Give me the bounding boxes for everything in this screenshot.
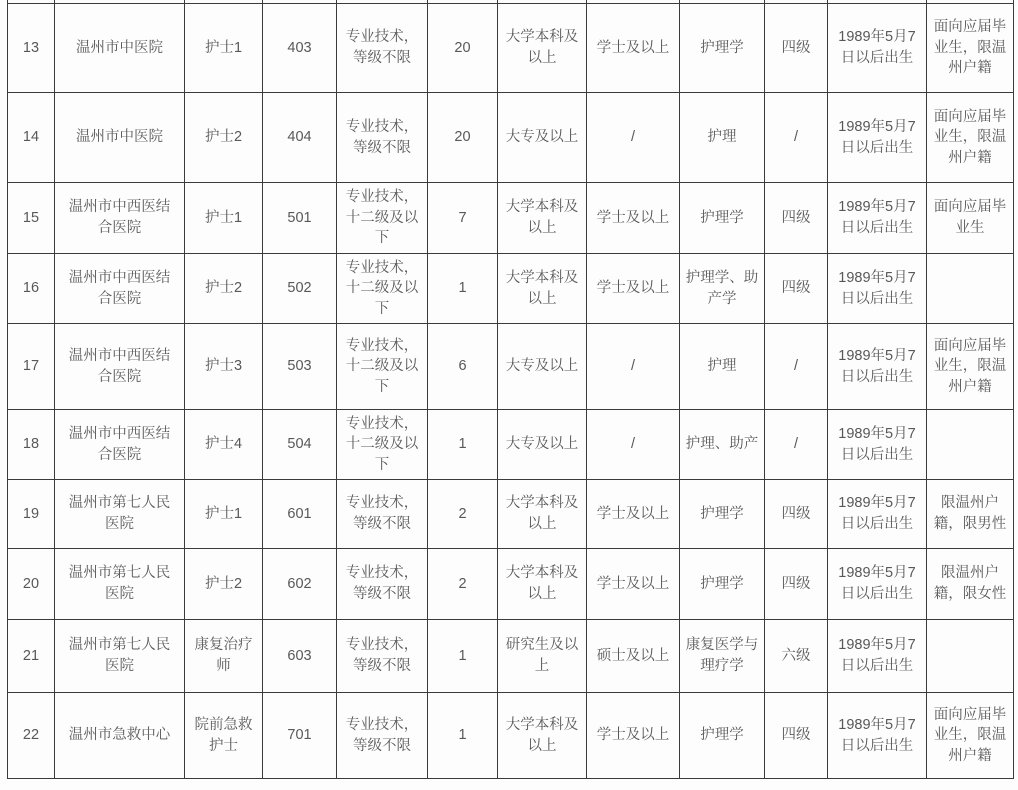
cell-education: 大学本科及以上: [498, 183, 587, 254]
cell-count: 20: [428, 93, 498, 183]
cell-count: 7: [428, 183, 498, 254]
cell-code: 701: [263, 693, 337, 779]
cell-level: /: [765, 93, 828, 183]
cell-position: 护士2: [185, 93, 263, 183]
cell-hospital: 温州市急救中心: [55, 693, 185, 779]
cell-index: 13: [8, 4, 55, 93]
cell-remark: 限温州户籍，限男性: [927, 480, 1014, 549]
cell-major: 护理学: [680, 183, 765, 254]
cell-position: 护士1: [185, 183, 263, 254]
cell-position: 院前急救护士: [185, 693, 263, 779]
cell-type: 专业技术，等级不限: [337, 93, 428, 183]
cell-count: 20: [428, 4, 498, 93]
cell-education: 大学本科及以上: [498, 4, 587, 93]
cell-major: 护理学: [680, 4, 765, 93]
cell-index: 17: [8, 324, 55, 410]
cell-hospital: 温州市中西医结合医院: [55, 183, 185, 254]
cell-level: 四级: [765, 4, 828, 93]
cell-index: 15: [8, 183, 55, 254]
cell-code: 603: [263, 620, 337, 693]
table-row: 13 温州市中医院 护士1 403 专业技术，等级不限 20 大学本科及以上 学…: [8, 4, 1014, 93]
cell-remark: 面向应届毕业生，限温州户籍: [927, 93, 1014, 183]
cell-hospital: 温州市第七人民医院: [55, 480, 185, 549]
cell-position: 护士4: [185, 410, 263, 480]
cell-index: 18: [8, 410, 55, 480]
cell-birth: 1989年5月7日以后出生: [828, 183, 927, 254]
table-row: 21 温州市第七人民医院 康复治疗师 603 专业技术，等级不限 1 研究生及以…: [8, 620, 1014, 693]
cell-birth: 1989年5月7日以后出生: [828, 324, 927, 410]
cell-birth: 1989年5月7日以后出生: [828, 254, 927, 324]
cell-count: 1: [428, 254, 498, 324]
cell-hospital: 温州市第七人民医院: [55, 620, 185, 693]
cell-birth: 1989年5月7日以后出生: [828, 549, 927, 620]
cell-remark: 面向应届毕业生，限温州户籍: [927, 4, 1014, 93]
cell-degree: /: [587, 93, 680, 183]
cell-education: 大专及以上: [498, 410, 587, 480]
cell-level: 六级: [765, 620, 828, 693]
cell-major: 护理学: [680, 480, 765, 549]
cell-degree: 学士及以上: [587, 480, 680, 549]
cell-type: 专业技术，十二级及以下: [337, 254, 428, 324]
cell-code: 503: [263, 324, 337, 410]
cell-index: 22: [8, 693, 55, 779]
cell-index: 20: [8, 549, 55, 620]
cell-degree: 学士及以上: [587, 254, 680, 324]
cell-education: 大学本科及以上: [498, 254, 587, 324]
cell-major: 护理: [680, 324, 765, 410]
cell-type: 专业技术，等级不限: [337, 549, 428, 620]
cell-degree: 学士及以上: [587, 693, 680, 779]
cell-education: 研究生及以上: [498, 620, 587, 693]
cell-major: 护理学、助产学: [680, 254, 765, 324]
cell-count: 1: [428, 620, 498, 693]
cell-index: 14: [8, 93, 55, 183]
cell-degree: 学士及以上: [587, 183, 680, 254]
cell-hospital: 温州市第七人民医院: [55, 549, 185, 620]
table-row: 19 温州市第七人民医院 护士1 601 专业技术，等级不限 2 大学本科及以上…: [8, 480, 1014, 549]
cell-education: 大专及以上: [498, 93, 587, 183]
cell-major: 护理、助产: [680, 410, 765, 480]
table-row: 14 温州市中医院 护士2 404 专业技术，等级不限 20 大专及以上 / 护…: [8, 93, 1014, 183]
cell-education: 大学本科及以上: [498, 549, 587, 620]
cell-level: 四级: [765, 254, 828, 324]
cell-count: 1: [428, 693, 498, 779]
cell-education: 大专及以上: [498, 324, 587, 410]
cell-position: 护士2: [185, 254, 263, 324]
cell-hospital: 温州市中医院: [55, 4, 185, 93]
cell-remark: 面向应届毕业生: [927, 183, 1014, 254]
cell-level: 四级: [765, 693, 828, 779]
table-row: 17 温州市中西医结合医院 护士3 503 专业技术，十二级及以下 6 大专及以…: [8, 324, 1014, 410]
cell-major: 康复医学与理疗学: [680, 620, 765, 693]
cell-birth: 1989年5月7日以后出生: [828, 480, 927, 549]
cell-birth: 1989年5月7日以后出生: [828, 620, 927, 693]
cell-remark: 面向应届毕业生，限温州户籍: [927, 324, 1014, 410]
recruitment-table-container: 13 温州市中医院 护士1 403 专业技术，等级不限 20 大学本科及以上 学…: [7, 0, 1016, 788]
cell-major: 护理学: [680, 549, 765, 620]
cell-birth: 1989年5月7日以后出生: [828, 410, 927, 480]
cell-birth: 1989年5月7日以后出生: [828, 4, 927, 93]
cell-remark: [927, 410, 1014, 480]
cell-type: 专业技术，等级不限: [337, 620, 428, 693]
recruitment-table: 13 温州市中医院 护士1 403 专业技术，等级不限 20 大学本科及以上 学…: [7, 0, 1014, 779]
cell-remark: [927, 620, 1014, 693]
cell-hospital: 温州市中西医结合医院: [55, 410, 185, 480]
cell-major: 护理学: [680, 693, 765, 779]
cell-position: 护士3: [185, 324, 263, 410]
cell-type: 专业技术，十二级及以下: [337, 410, 428, 480]
cell-index: 21: [8, 620, 55, 693]
cell-code: 602: [263, 549, 337, 620]
cell-level: /: [765, 324, 828, 410]
cell-count: 1: [428, 410, 498, 480]
cell-degree: 学士及以上: [587, 4, 680, 93]
cell-birth: 1989年5月7日以后出生: [828, 693, 927, 779]
cell-type: 专业技术，等级不限: [337, 4, 428, 93]
cell-level: 四级: [765, 480, 828, 549]
table-row: 20 温州市第七人民医院 护士2 602 专业技术，等级不限 2 大学本科及以上…: [8, 549, 1014, 620]
cell-type: 专业技术，等级不限: [337, 693, 428, 779]
cell-education: 大学本科及以上: [498, 693, 587, 779]
cell-degree: /: [587, 324, 680, 410]
cell-remark: 面向应届毕业生，限温州户籍: [927, 693, 1014, 779]
cell-count: 6: [428, 324, 498, 410]
cell-major: 护理: [680, 93, 765, 183]
cell-remark: 限温州户籍，限女性: [927, 549, 1014, 620]
cell-count: 2: [428, 549, 498, 620]
cell-type: 专业技术，等级不限: [337, 480, 428, 549]
cell-position: 护士1: [185, 4, 263, 93]
table-row: 15 温州市中西医结合医院 护士1 501 专业技术，十二级及以下 7 大学本科…: [8, 183, 1014, 254]
cell-code: 601: [263, 480, 337, 549]
cell-degree: /: [587, 410, 680, 480]
cell-index: 16: [8, 254, 55, 324]
cell-code: 404: [263, 93, 337, 183]
cell-position: 护士1: [185, 480, 263, 549]
table-row: 22 温州市急救中心 院前急救护士 701 专业技术，等级不限 1 大学本科及以…: [8, 693, 1014, 779]
cell-level: /: [765, 410, 828, 480]
table-row: 16 温州市中西医结合医院 护士2 502 专业技术，十二级及以下 1 大学本科…: [8, 254, 1014, 324]
cell-code: 403: [263, 4, 337, 93]
cell-position: 护士2: [185, 549, 263, 620]
cell-count: 2: [428, 480, 498, 549]
cell-level: 四级: [765, 183, 828, 254]
cell-hospital: 温州市中西医结合医院: [55, 254, 185, 324]
cell-code: 504: [263, 410, 337, 480]
cell-education: 大学本科及以上: [498, 480, 587, 549]
cell-hospital: 温州市中医院: [55, 93, 185, 183]
cell-level: 四级: [765, 549, 828, 620]
cell-birth: 1989年5月7日以后出生: [828, 93, 927, 183]
cell-hospital: 温州市中西医结合医院: [55, 324, 185, 410]
cell-degree: 硕士及以上: [587, 620, 680, 693]
cell-code: 501: [263, 183, 337, 254]
table-row: 18 温州市中西医结合医院 护士4 504 专业技术，十二级及以下 1 大专及以…: [8, 410, 1014, 480]
cell-position: 康复治疗师: [185, 620, 263, 693]
cell-remark: [927, 254, 1014, 324]
cell-type: 专业技术，十二级及以下: [337, 324, 428, 410]
cell-index: 19: [8, 480, 55, 549]
cell-degree: 学士及以上: [587, 549, 680, 620]
cell-code: 502: [263, 254, 337, 324]
cell-type: 专业技术，十二级及以下: [337, 183, 428, 254]
